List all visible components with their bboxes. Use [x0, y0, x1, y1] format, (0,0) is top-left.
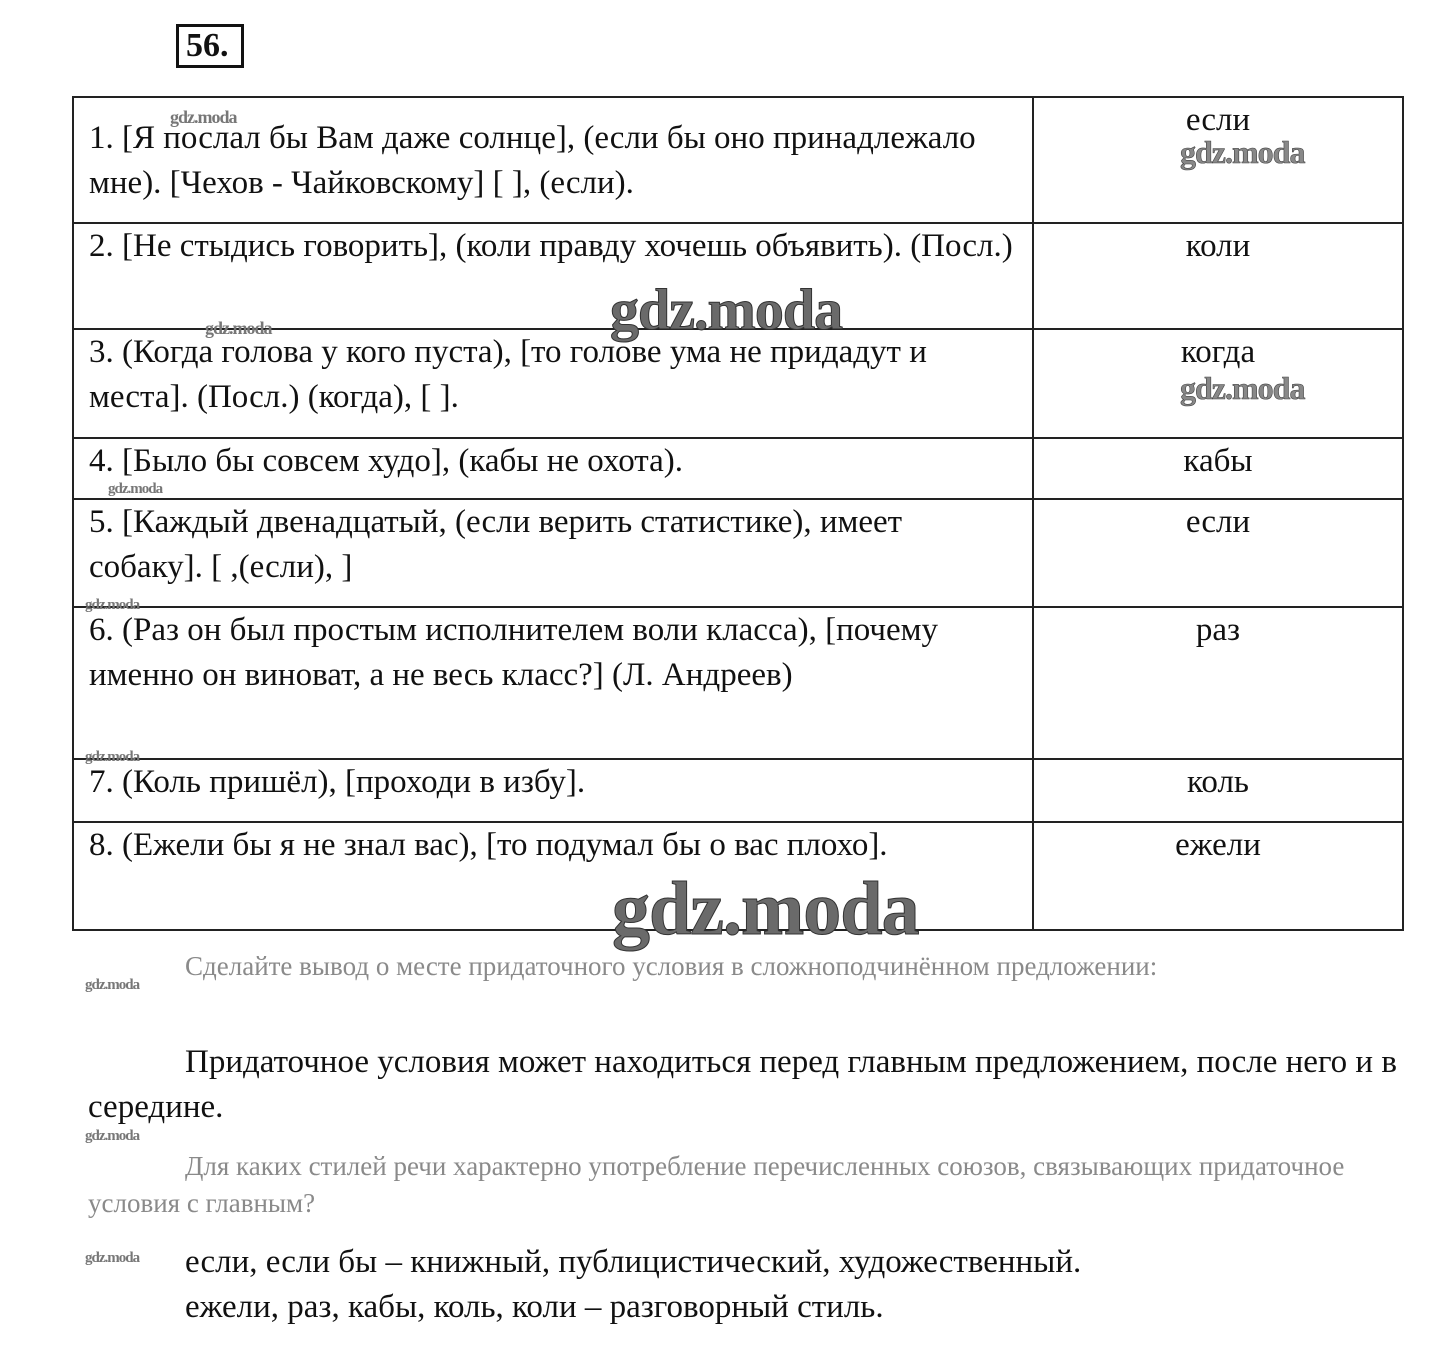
watermark: gdz.moda [85, 597, 139, 614]
table-row: 4. [Было бы совсем худо], (кабы не охота… [73, 438, 1403, 499]
conjunction-cell: коли [1033, 223, 1403, 329]
watermark: gdz.moda [85, 1128, 139, 1145]
question-2-text: Для каких стилей речи характерно употреб… [88, 1151, 1344, 1218]
conjunction-cell: если [1033, 499, 1403, 607]
answer-2-line-2-text: ежели, раз, кабы, коль, коли – разговорн… [185, 1289, 884, 1325]
watermark: gdz.moda [612, 866, 919, 953]
conjunction-cell: ежели [1033, 822, 1403, 930]
watermark: gdz.moda [1180, 370, 1304, 407]
sentence-cell: 4. [Было бы совсем худо], (кабы не охота… [73, 438, 1033, 499]
sentence-cell: 7. (Коль пришёл), [проходи в избу]. [73, 759, 1033, 822]
exercise-table: 1. [Я послал бы Вам даже солнце], (если … [72, 96, 1404, 931]
answer-1: Придаточное условия может находиться пер… [88, 1040, 1408, 1130]
conjunction-cell: кабы [1033, 438, 1403, 499]
watermark: gdz.moda [85, 749, 139, 766]
question-1-text: Сделайте вывод о месте придаточного усло… [185, 951, 1157, 981]
answer-2-line-2: ежели, раз, кабы, коль, коли – разговорн… [88, 1285, 1408, 1330]
watermark: gdz.moda [1180, 134, 1304, 171]
sentence-cell: 2. [Не стыдись говорить], (коли правду х… [73, 223, 1033, 329]
question-2: Для каких стилей речи характерно употреб… [88, 1148, 1388, 1222]
watermark: gdz.moda [205, 318, 272, 339]
watermark: gdz.moda [170, 107, 237, 128]
sentence-cell: 6. (Раз он был простым исполнителем воли… [73, 607, 1033, 759]
watermark: gdz.moda [108, 481, 162, 498]
conjunction-cell: коль [1033, 759, 1403, 822]
exercise-number: 56. [176, 24, 244, 68]
answer-2-line-1-text: если, если бы – книжный, публицистически… [185, 1244, 1081, 1280]
watermark: gdz.moda [610, 276, 842, 343]
sentence-cell: 5. [Каждый двенадцатый, (если верить ста… [73, 499, 1033, 607]
table-row: 7. (Коль пришёл), [проходи в избу]. коль [73, 759, 1403, 822]
table-row: 6. (Раз он был простым исполнителем воли… [73, 607, 1403, 759]
conjunction-cell: раз [1033, 607, 1403, 759]
answer-1-text: Придаточное условия может находиться пер… [88, 1044, 1397, 1125]
answer-2-line-1: если, если бы – книжный, публицистически… [88, 1240, 1408, 1285]
sentence-cell: 3. (Когда голова у кого пуста), [то голо… [73, 329, 1033, 438]
question-1: Сделайте вывод о месте придаточного усло… [88, 948, 1388, 985]
table-row: 5. [Каждый двенадцатый, (если верить ста… [73, 499, 1403, 607]
